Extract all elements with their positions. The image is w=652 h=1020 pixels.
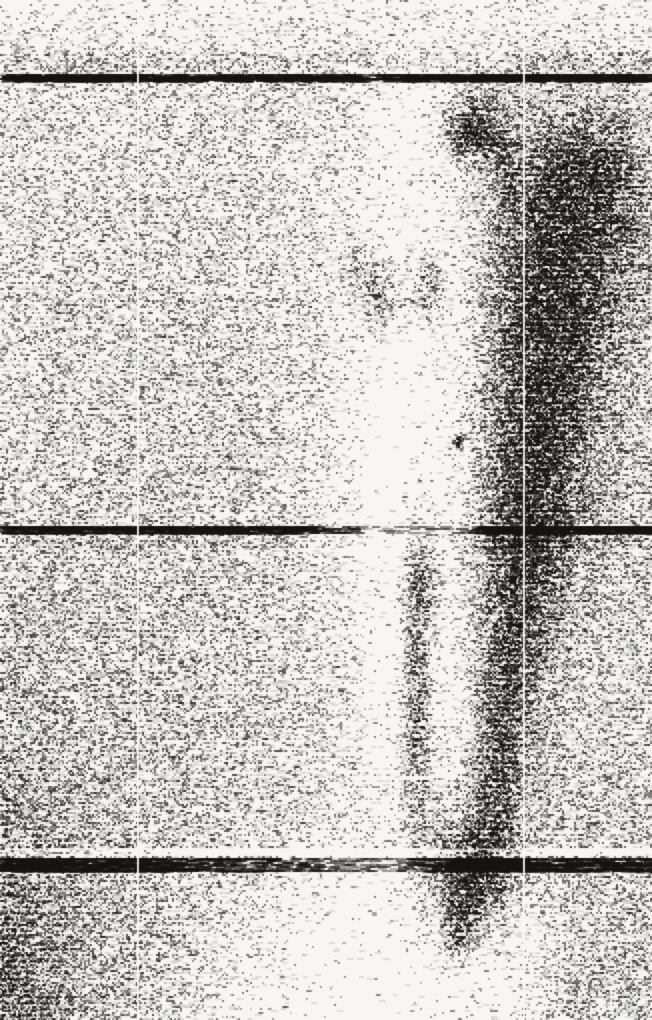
noisy-statue-print — [0, 0, 652, 1020]
statue-noise-canvas — [0, 0, 652, 1020]
